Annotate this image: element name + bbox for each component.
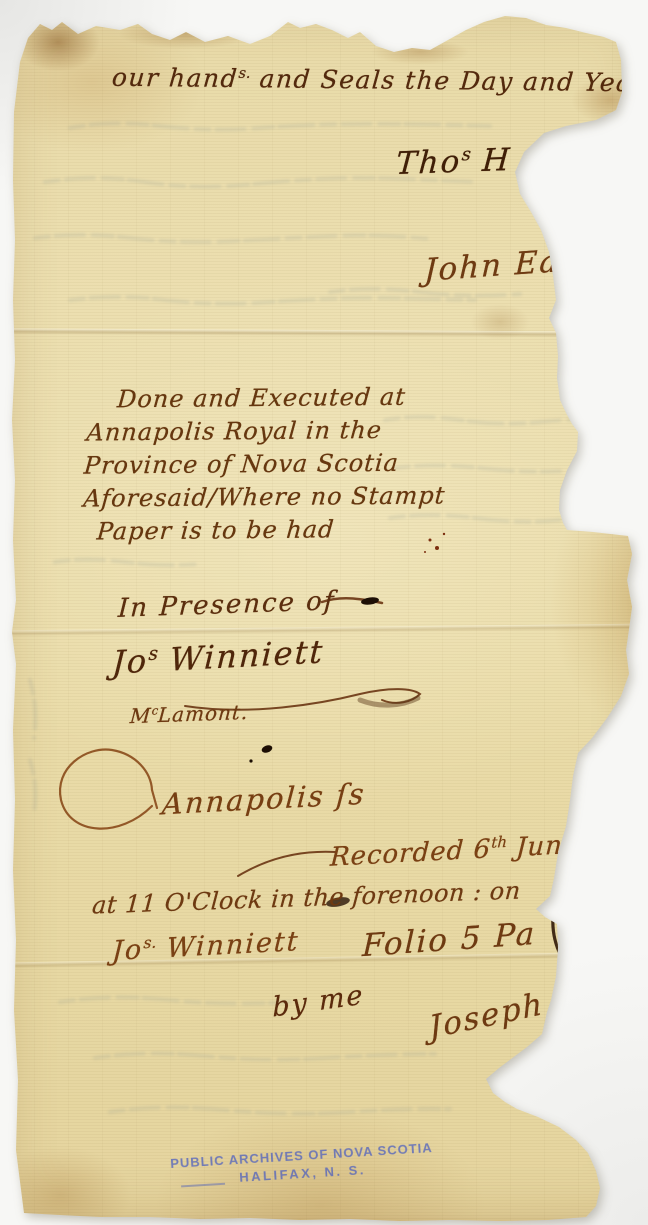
- registrar-signature-text: Jo: [111, 934, 144, 967]
- paper-sheet: our hands. and Seals the Day and Year ab…: [0, 0, 648, 1225]
- witness-lamont-text: Lamont.: [157, 700, 249, 727]
- closing-line-text: our hand: [111, 63, 239, 93]
- signature-thomas-text: H: [469, 142, 512, 180]
- execution-line-3: Province of Nova Scotia: [83, 446, 450, 482]
- execution-line-1: Done and Executed at: [116, 380, 455, 416]
- superscript: th: [491, 833, 508, 852]
- execution-clause: Done and Executed at Annapolis Royal in …: [78, 380, 455, 548]
- superscript: s.: [143, 933, 157, 953]
- scan-background: our hands. and Seals the Day and Year ab…: [0, 0, 648, 1225]
- recorded-line-text: Jun: [506, 830, 564, 863]
- signature-thomas: Thos H: [395, 142, 513, 182]
- signature-thomas-text: Tho: [395, 144, 463, 182]
- witness-lamont-text: M: [129, 703, 152, 728]
- closing-line-text: and Seals the Day and Year above: [249, 64, 648, 98]
- paper-wrap: our hands. and Seals the Day and Year ab…: [0, 0, 648, 1225]
- execution-line-5: Paper is to be had: [96, 512, 445, 548]
- witness-signature-lamont: McLamont.: [129, 700, 249, 728]
- execution-line-2: Annapolis Royal in the: [85, 413, 452, 449]
- witness-signature-text: Jo: [111, 642, 149, 682]
- execution-line-4: Aforesaid/Where no Stampt: [82, 479, 447, 515]
